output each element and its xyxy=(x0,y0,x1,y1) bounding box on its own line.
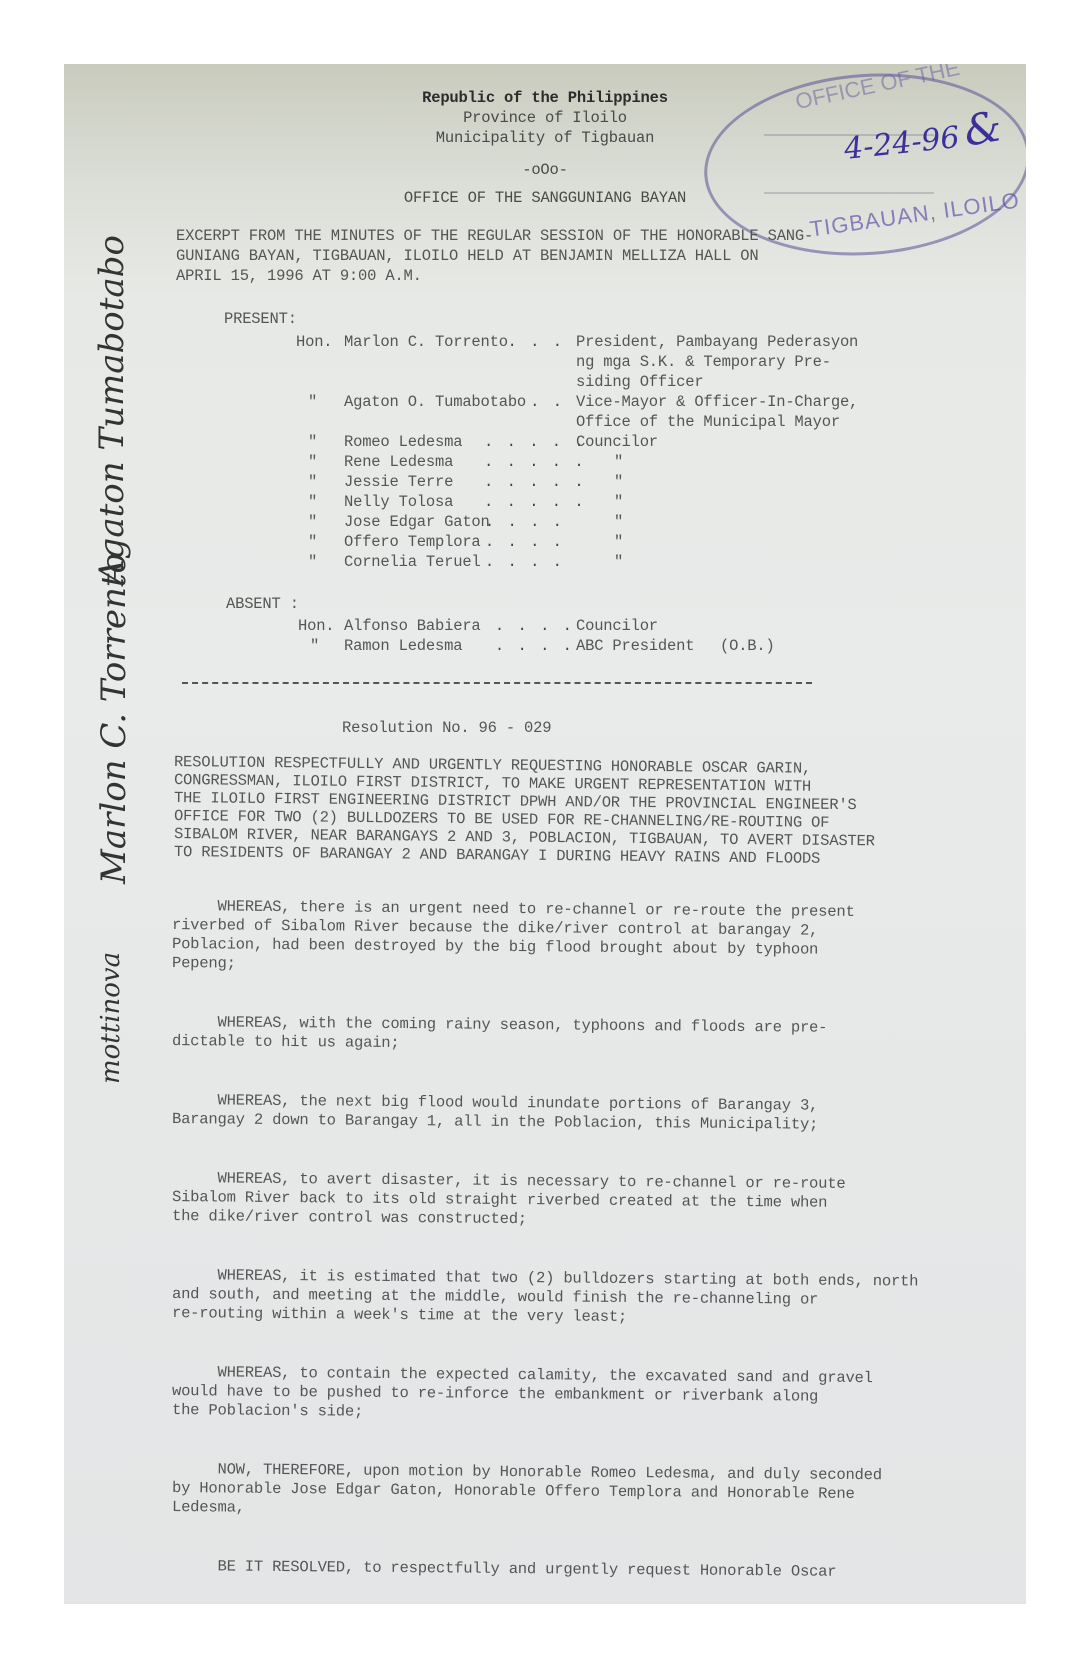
excerpt-line-1: EXCERPT FROM THE MINUTES OF THE REGULAR … xyxy=(176,226,813,246)
member-dots: . . . . . xyxy=(484,452,564,472)
absent-dots: . . . . xyxy=(494,616,574,636)
section-divider xyxy=(182,682,812,684)
member-position: " xyxy=(614,472,623,492)
member-position: " xyxy=(614,492,623,512)
member-dots: . . . . . xyxy=(484,432,564,452)
member-prefix: " xyxy=(308,472,317,492)
member-prefix: " xyxy=(308,392,317,412)
member-prefix: " xyxy=(308,432,317,452)
absent-position: ABC President xyxy=(576,636,694,656)
resolution-paragraph-line: the Poblacion's side; xyxy=(172,1400,363,1422)
resolution-paragraph-line: Poblacion, had been destroyed by the big… xyxy=(172,934,818,960)
resolution-number: Resolution No. 96 - 029 xyxy=(342,718,551,738)
resolution-paragraph-line: dictable to hit us again; xyxy=(172,1031,400,1053)
member-name: Jessie Terre xyxy=(344,472,453,492)
document-page: Republic of the Philippines Province of … xyxy=(64,64,1026,1604)
member-prefix: " xyxy=(308,512,317,532)
member-position: " xyxy=(614,452,623,472)
resolution-paragraph-line: Pepeng; xyxy=(172,953,236,974)
margin-signature-2: Marlon C. Torrento xyxy=(94,553,134,884)
excerpt-line-3: APRIL 15, 1996 AT 9:00 A.M. xyxy=(176,266,422,286)
absent-name: Ramon Ledesma xyxy=(344,636,462,656)
member-dots: . . . . xyxy=(484,552,564,572)
absent-prefix: " xyxy=(310,636,319,656)
absent-position: Councilor xyxy=(576,616,658,636)
member-prefix: Hon. xyxy=(296,332,332,352)
member-dots: . . . . xyxy=(484,532,564,552)
member-position: " xyxy=(614,512,623,532)
member-position: Vice-Mayor & Officer-In-Charge, xyxy=(576,392,858,412)
margin-signature-3: mottinova xyxy=(96,952,126,1084)
resolution-paragraph-line: the dike/river control was constructed; xyxy=(172,1206,527,1229)
resolution-paragraph-line: Ledesma, xyxy=(172,1497,245,1518)
member-position: Office of the Municipal Mayor xyxy=(576,412,840,432)
member-name: Rene Ledesma xyxy=(344,452,453,472)
absent-label: ABSENT : xyxy=(226,594,299,614)
member-position: Councilor xyxy=(576,432,658,452)
resolution-paragraph-line: BE IT RESOLVED, to respectfully and urge… xyxy=(172,1556,837,1582)
absent-prefix: Hon. xyxy=(298,616,334,636)
member-dots: . . xyxy=(484,392,564,412)
member-name: Romeo Ledesma xyxy=(344,432,462,452)
member-dots: . . . xyxy=(484,332,564,352)
excerpt-line-2: GUNIANG BAYAN, TIGBAUAN, ILOILO HELD AT … xyxy=(176,246,759,266)
member-position: " xyxy=(614,532,623,552)
member-position: siding Officer xyxy=(576,372,703,392)
member-dots: . . . . . xyxy=(484,492,564,512)
member-prefix: " xyxy=(308,532,317,552)
member-name: Cornelia Teruel xyxy=(344,552,481,572)
member-prefix: " xyxy=(308,552,317,572)
resolution-paragraph-line: Barangay 2 down to Barangay 1, all in th… xyxy=(172,1109,818,1135)
member-name: Offero Templora xyxy=(344,532,481,552)
member-position: ng mga S.K. & Temporary Pre- xyxy=(576,352,831,372)
member-position: " xyxy=(614,552,623,572)
member-dots: . . . . xyxy=(484,512,564,532)
present-label: PRESENT: xyxy=(224,309,297,329)
absent-name: Alfonso Babiera xyxy=(344,616,481,636)
member-name: Jose Edgar Gaton xyxy=(344,512,490,532)
absent-note: (O.B.) xyxy=(720,636,775,656)
member-position: President, Pambayang Pederasyon xyxy=(576,332,858,352)
member-dots: . . . . . xyxy=(484,472,564,492)
member-prefix: " xyxy=(308,452,317,472)
member-name: Nelly Tolosa xyxy=(344,492,453,512)
margin-signature-1: Agaton Tumabotabo xyxy=(92,235,132,584)
member-prefix: " xyxy=(308,492,317,512)
resolution-paragraph-line: re-routing within a week's time at the v… xyxy=(172,1303,627,1327)
absent-dots: . . . . xyxy=(494,636,574,656)
